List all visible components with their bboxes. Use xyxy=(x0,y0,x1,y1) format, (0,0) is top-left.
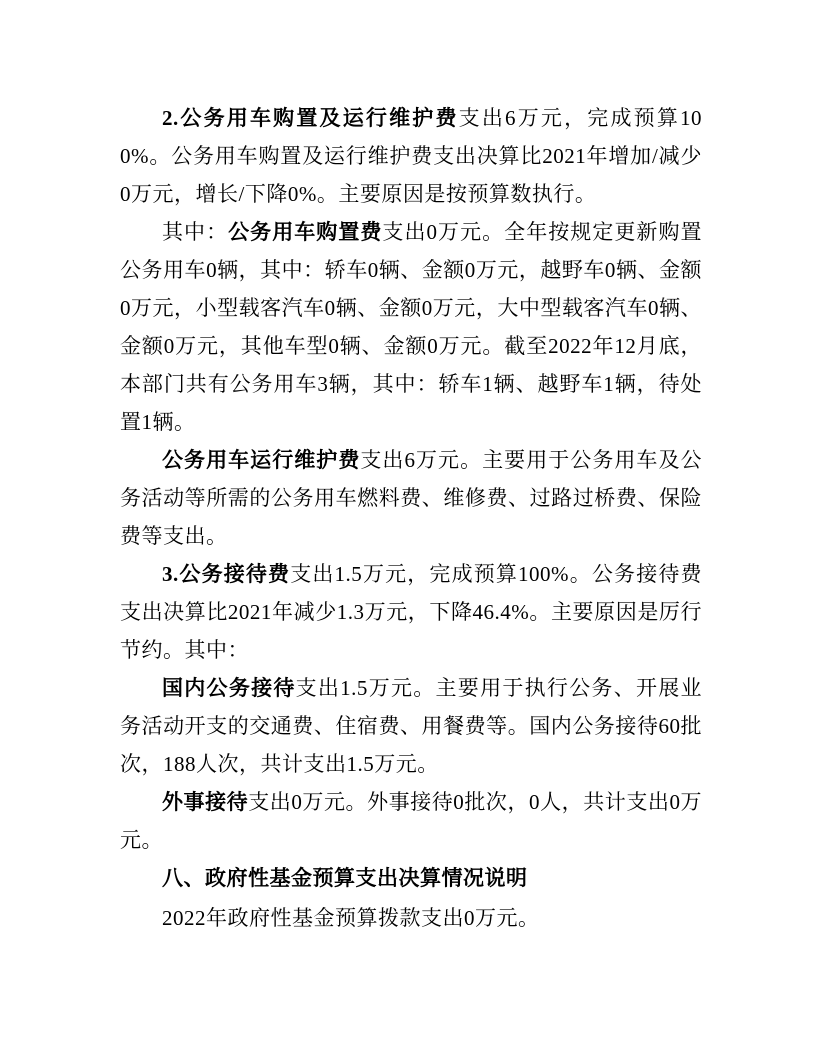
paragraph-vehicle-purchase-detail: 其中：公务用车购置费支出0万元。全年按规定更新购置公务用车0辆，其中：轿车0辆、… xyxy=(120,213,702,441)
paragraph-vehicle-purchase-and-maintenance-total: 2.公务用车购置及运行维护费支出6万元，完成预算100%。公务用车购置及运行维护… xyxy=(120,99,702,213)
document-body: 2.公务用车购置及运行维护费支出6万元，完成预算100%。公务用车购置及运行维护… xyxy=(120,99,702,937)
paragraph-bold-lead: 国内公务接待 xyxy=(162,676,296,700)
section-heading-government-fund-budget: 八、政府性基金预算支出决算情况说明 xyxy=(120,859,702,899)
paragraph-vehicle-maintenance-detail: 公务用车运行维护费支出6万元。主要用于公务用车及公务活动等所需的公务用车燃料费、… xyxy=(120,441,702,555)
paragraph-prefix: 其中： xyxy=(162,220,228,244)
paragraph-bold-lead: 外事接待 xyxy=(162,790,248,814)
paragraph-foreign-reception-detail: 外事接待支出0万元。外事接待0批次，0人，共计支出0万元。 xyxy=(120,783,702,859)
paragraph-government-fund-expenditure: 2022年政府性基金预算拨款支出0万元。 xyxy=(120,899,702,937)
paragraph-bold-lead: 公务用车运行维护费 xyxy=(162,448,360,472)
paragraph-bold-lead: 公务用车购置费 xyxy=(228,220,382,244)
paragraph-text: 支出0万元。全年按规定更新购置公务用车0辆，其中：轿车0辆、金额0万元，越野车0… xyxy=(120,220,702,434)
paragraph-bold-lead: 2.公务用车购置及运行维护费 xyxy=(162,106,459,130)
paragraph-bold-lead: 3.公务接待费 xyxy=(162,562,290,586)
paragraph-domestic-reception-detail: 国内公务接待支出1.5万元。主要用于执行公务、开展业务活动开支的交通费、住宿费、… xyxy=(120,669,702,783)
paragraph-official-reception-total: 3.公务接待费支出1.5万元，完成预算100%。公务接待费支出决算比2021年减… xyxy=(120,555,702,669)
document-page: 2.公务用车购置及运行维护费支出6万元，完成预算100%。公务用车购置及运行维护… xyxy=(0,0,815,1055)
